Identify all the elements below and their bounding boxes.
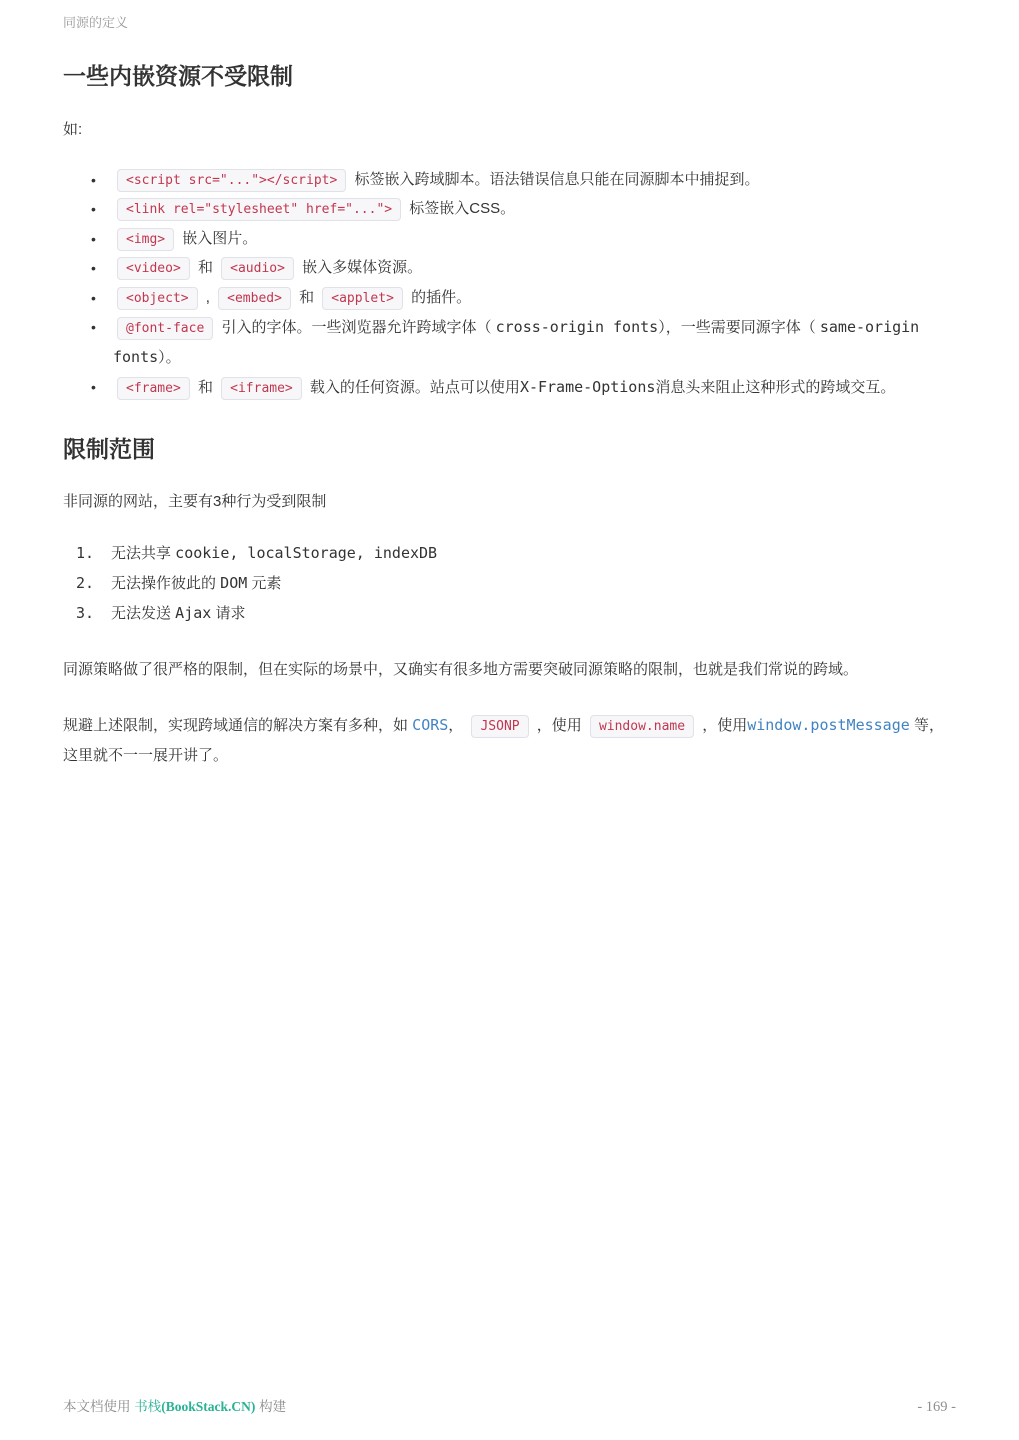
mono-text: Ajax (175, 604, 211, 622)
restriction-item: 1. 无法共享 cookie, localStorage, indexDB (76, 539, 956, 569)
inline-code: <iframe> (221, 377, 302, 400)
text-run: 的插件。 (407, 289, 471, 306)
mono-text: cross-origin fonts (496, 318, 659, 336)
text-run: ， (448, 717, 467, 734)
brand-cn-text: 书栈 (134, 1399, 161, 1414)
text-run: 请求 (211, 605, 245, 622)
brand-en-text: (BookStack.CN) (161, 1399, 255, 1414)
inline-code: JSONP (471, 715, 528, 738)
text-run: 标签嵌入CSS。 (405, 200, 515, 217)
list-item-frames: <frame> 和 <iframe> 载入的任何资源。站点可以使用X-Frame… (90, 373, 956, 403)
text-run: 嵌入多媒体资源。 (298, 259, 422, 276)
text-run: 引入的字体。一些浏览器允许跨域字体（ (217, 319, 495, 336)
text-run: 标签嵌入跨域脚本。语法错误信息只能在同源脚本中捕捉到。 (350, 171, 759, 188)
section-title-embedded-resources: 一些内嵌资源不受限制 (63, 61, 956, 91)
text-run: ）。 (158, 349, 181, 366)
text-run: 和 (194, 259, 217, 276)
mono-text: DOM (220, 574, 247, 592)
text-run: 消息头来阻止这种形式的跨域交互。 (655, 379, 895, 396)
list-number: 1. (76, 539, 111, 568)
paragraph-strict-policy: 同源策略做了很严格的限制，但在实际的场景中，又确实有很多地方需要突破同源策略的限… (63, 655, 956, 684)
text-run: 元素 (247, 575, 281, 592)
list-number: 3. (76, 599, 111, 628)
footer-suffix-text: 构建 (255, 1399, 286, 1414)
embedded-resources-list: <script src="..."></script> 标签嵌入跨域脚本。语法错… (63, 166, 956, 403)
section-title-restriction-scope: 限制范围 (63, 434, 956, 464)
text-run: 载入的任何资源。站点可以使用 (306, 379, 520, 396)
bookstack-brand-link[interactable]: 书栈(BookStack.CN) (134, 1399, 255, 1414)
intro-text: 如: (63, 119, 956, 141)
restriction-lead: 非同源的网站，主要有3种行为受到限制 (63, 491, 956, 513)
inline-code: @font-face (117, 317, 213, 340)
page-number: - 169 - (917, 1399, 956, 1416)
restriction-list: 1. 无法共享 cookie, localStorage, indexDB 2.… (63, 539, 956, 628)
inline-code: <object> (117, 287, 198, 310)
list-item-fontface: @font-face 引入的字体。一些浏览器允许跨域字体（ cross-orig… (90, 313, 956, 373)
page-content: 同源的定义 一些内嵌资源不受限制 如: <script src="..."></… (0, 0, 1019, 770)
page-footer: 本文档使用 书栈(BookStack.CN) 构建 - 169 - (63, 1395, 956, 1416)
inline-code: <script src="..."></script> (117, 169, 346, 192)
document-page: 同源的定义 一些内嵌资源不受限制 如: <script src="..."></… (0, 0, 1019, 1440)
footer-prefix-text: 本文档使用 (63, 1399, 134, 1414)
list-item-link: <link rel="stylesheet" href="..."> 标签嵌入C… (90, 195, 956, 224)
footer-built-with: 本文档使用 书栈(BookStack.CN) 构建 (63, 1395, 286, 1415)
list-item-img: <img> 嵌入图片。 (90, 225, 956, 254)
page-header: 同源的定义 (63, 14, 956, 32)
text-run: ，使用 (698, 717, 747, 734)
list-item-plugins: <object> , <embed> 和 <applet> 的插件。 (90, 284, 956, 313)
inline-code: <audio> (221, 257, 294, 280)
restriction-item-text: 无法操作彼此的 DOM 元素 (111, 569, 281, 599)
text-run: , (202, 289, 215, 306)
text-run: 无法发送 (111, 605, 175, 622)
mono-text: cookie, localStorage, indexDB (175, 544, 437, 562)
inline-code: <embed> (218, 287, 291, 310)
text-link[interactable]: CORS (412, 716, 448, 734)
inline-code: <frame> (117, 377, 190, 400)
text-run: ，使用 (533, 717, 586, 734)
inline-code: window.name (590, 715, 694, 738)
restriction-item-text: 无法共享 cookie, localStorage, indexDB (111, 539, 437, 569)
text-run: 规避上述限制，实现跨域通信的解决方案有多种，如 (63, 717, 412, 734)
list-number: 2. (76, 569, 111, 598)
inline-code: <applet> (322, 287, 403, 310)
restriction-item: 2. 无法操作彼此的 DOM 元素 (76, 569, 956, 599)
text-run: 和 (295, 289, 318, 306)
restriction-item-text: 无法发送 Ajax 请求 (111, 599, 245, 629)
breadcrumb: 同源的定义 (63, 15, 128, 30)
text-run: 无法共享 (111, 545, 175, 562)
text-run: 无法操作彼此的 (111, 575, 220, 592)
restriction-item: 3. 无法发送 Ajax 请求 (76, 599, 956, 629)
text-link[interactable]: window.postMessage (747, 716, 910, 734)
text-run: 嵌入图片。 (178, 230, 257, 247)
list-item-script: <script src="..."></script> 标签嵌入跨域脚本。语法错… (90, 166, 956, 195)
text-run: 和 (194, 379, 217, 396)
inline-code: <link rel="stylesheet" href="..."> (117, 198, 401, 221)
list-item-video-audio: <video> 和 <audio> 嵌入多媒体资源。 (90, 254, 956, 283)
paragraph-workarounds: 规避上述限制，实现跨域通信的解决方案有多种，如 CORS， JSONP ，使用 … (63, 711, 956, 770)
inline-code: <video> (117, 257, 190, 280)
inline-code: <img> (117, 228, 174, 251)
mono-text: X-Frame-Options (520, 378, 655, 396)
text-run: ），一些需要同源字体（ (658, 319, 820, 336)
